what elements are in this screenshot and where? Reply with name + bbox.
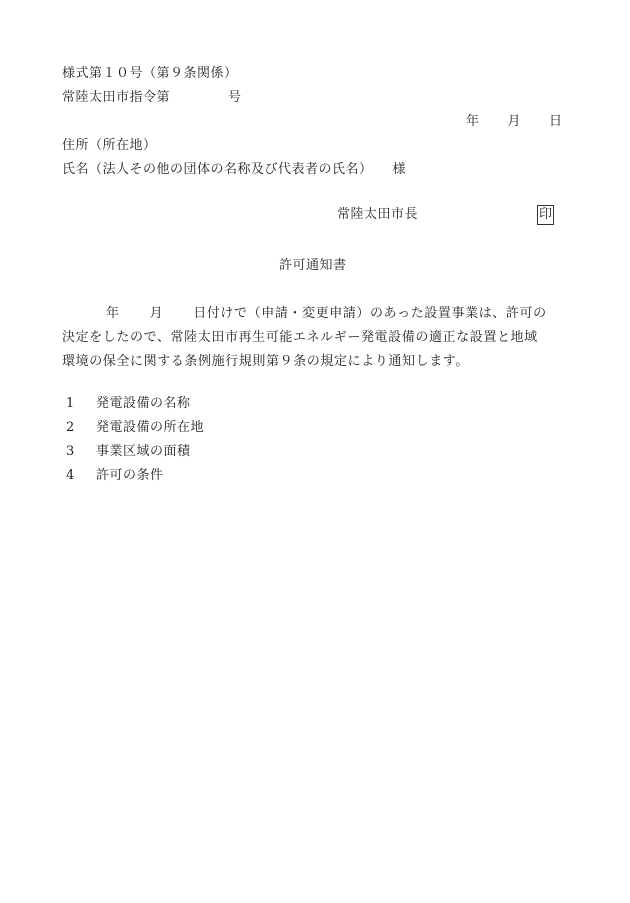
item-number: 1 bbox=[62, 396, 82, 412]
form-number: 様式第１０号（第９条関係） bbox=[62, 66, 238, 82]
directive-suffix: 号 bbox=[228, 90, 242, 105]
item-number: 2 bbox=[62, 420, 82, 436]
issue-date: 年月日 bbox=[466, 114, 563, 130]
item-number: 3 bbox=[62, 444, 82, 460]
list-item: 4許可の条件 bbox=[62, 468, 204, 492]
body-line-2: 決定をしたので、常陸太田市再生可能エネルギー発電設備の適正な設置と地域 bbox=[62, 326, 582, 350]
body-year-label: 年 bbox=[106, 306, 120, 321]
recipient-address-label: 住所（所在地） bbox=[62, 138, 157, 154]
item-label: 発電設備の名称 bbox=[96, 396, 191, 411]
body-line-1-text: 日付けで（申請・変更申請）のあった設置事業は、許可の bbox=[193, 306, 546, 321]
body-line-1: 年月日付けで（申請・変更申請）のあった設置事業は、許可の bbox=[62, 302, 582, 326]
list-item: 1発電設備の名称 bbox=[62, 396, 204, 420]
body-month-label: 月 bbox=[150, 306, 164, 321]
document-title: 許可通知書 bbox=[279, 258, 347, 274]
year-label: 年 bbox=[466, 114, 480, 129]
item-label: 発電設備の所在地 bbox=[96, 420, 204, 435]
list-item: 3事業区域の面積 bbox=[62, 444, 204, 468]
item-label: 事業区域の面積 bbox=[96, 444, 191, 459]
recipient-name-label: 氏名（法人その他の団体の名称及び代表者の氏名） bbox=[62, 162, 373, 177]
item-number: 4 bbox=[62, 468, 82, 484]
issuer-title: 常陸太田市長 bbox=[337, 207, 418, 223]
recipient-name-line: 氏名（法人その他の団体の名称及び代表者の氏名）様 bbox=[62, 162, 406, 178]
body-paragraph: 年月日付けで（申請・変更申請）のあった設置事業は、許可の 決定をしたので、常陸太… bbox=[62, 302, 582, 374]
body-line-3: 環境の保全に関する条例施行規則第９条の規定により通知します。 bbox=[62, 350, 582, 374]
item-list: 1発電設備の名称 2発電設備の所在地 3事業区域の面積 4許可の条件 bbox=[62, 396, 204, 492]
recipient-honorific: 様 bbox=[393, 162, 407, 177]
item-label: 許可の条件 bbox=[96, 468, 164, 483]
day-label: 日 bbox=[549, 114, 563, 129]
month-label: 月 bbox=[508, 114, 522, 129]
directive-prefix: 常陸太田市指令第 bbox=[62, 90, 170, 105]
seal-stamp: 印 bbox=[537, 205, 554, 225]
list-item: 2発電設備の所在地 bbox=[62, 420, 204, 444]
directive-number: 常陸太田市指令第号 bbox=[62, 90, 242, 106]
